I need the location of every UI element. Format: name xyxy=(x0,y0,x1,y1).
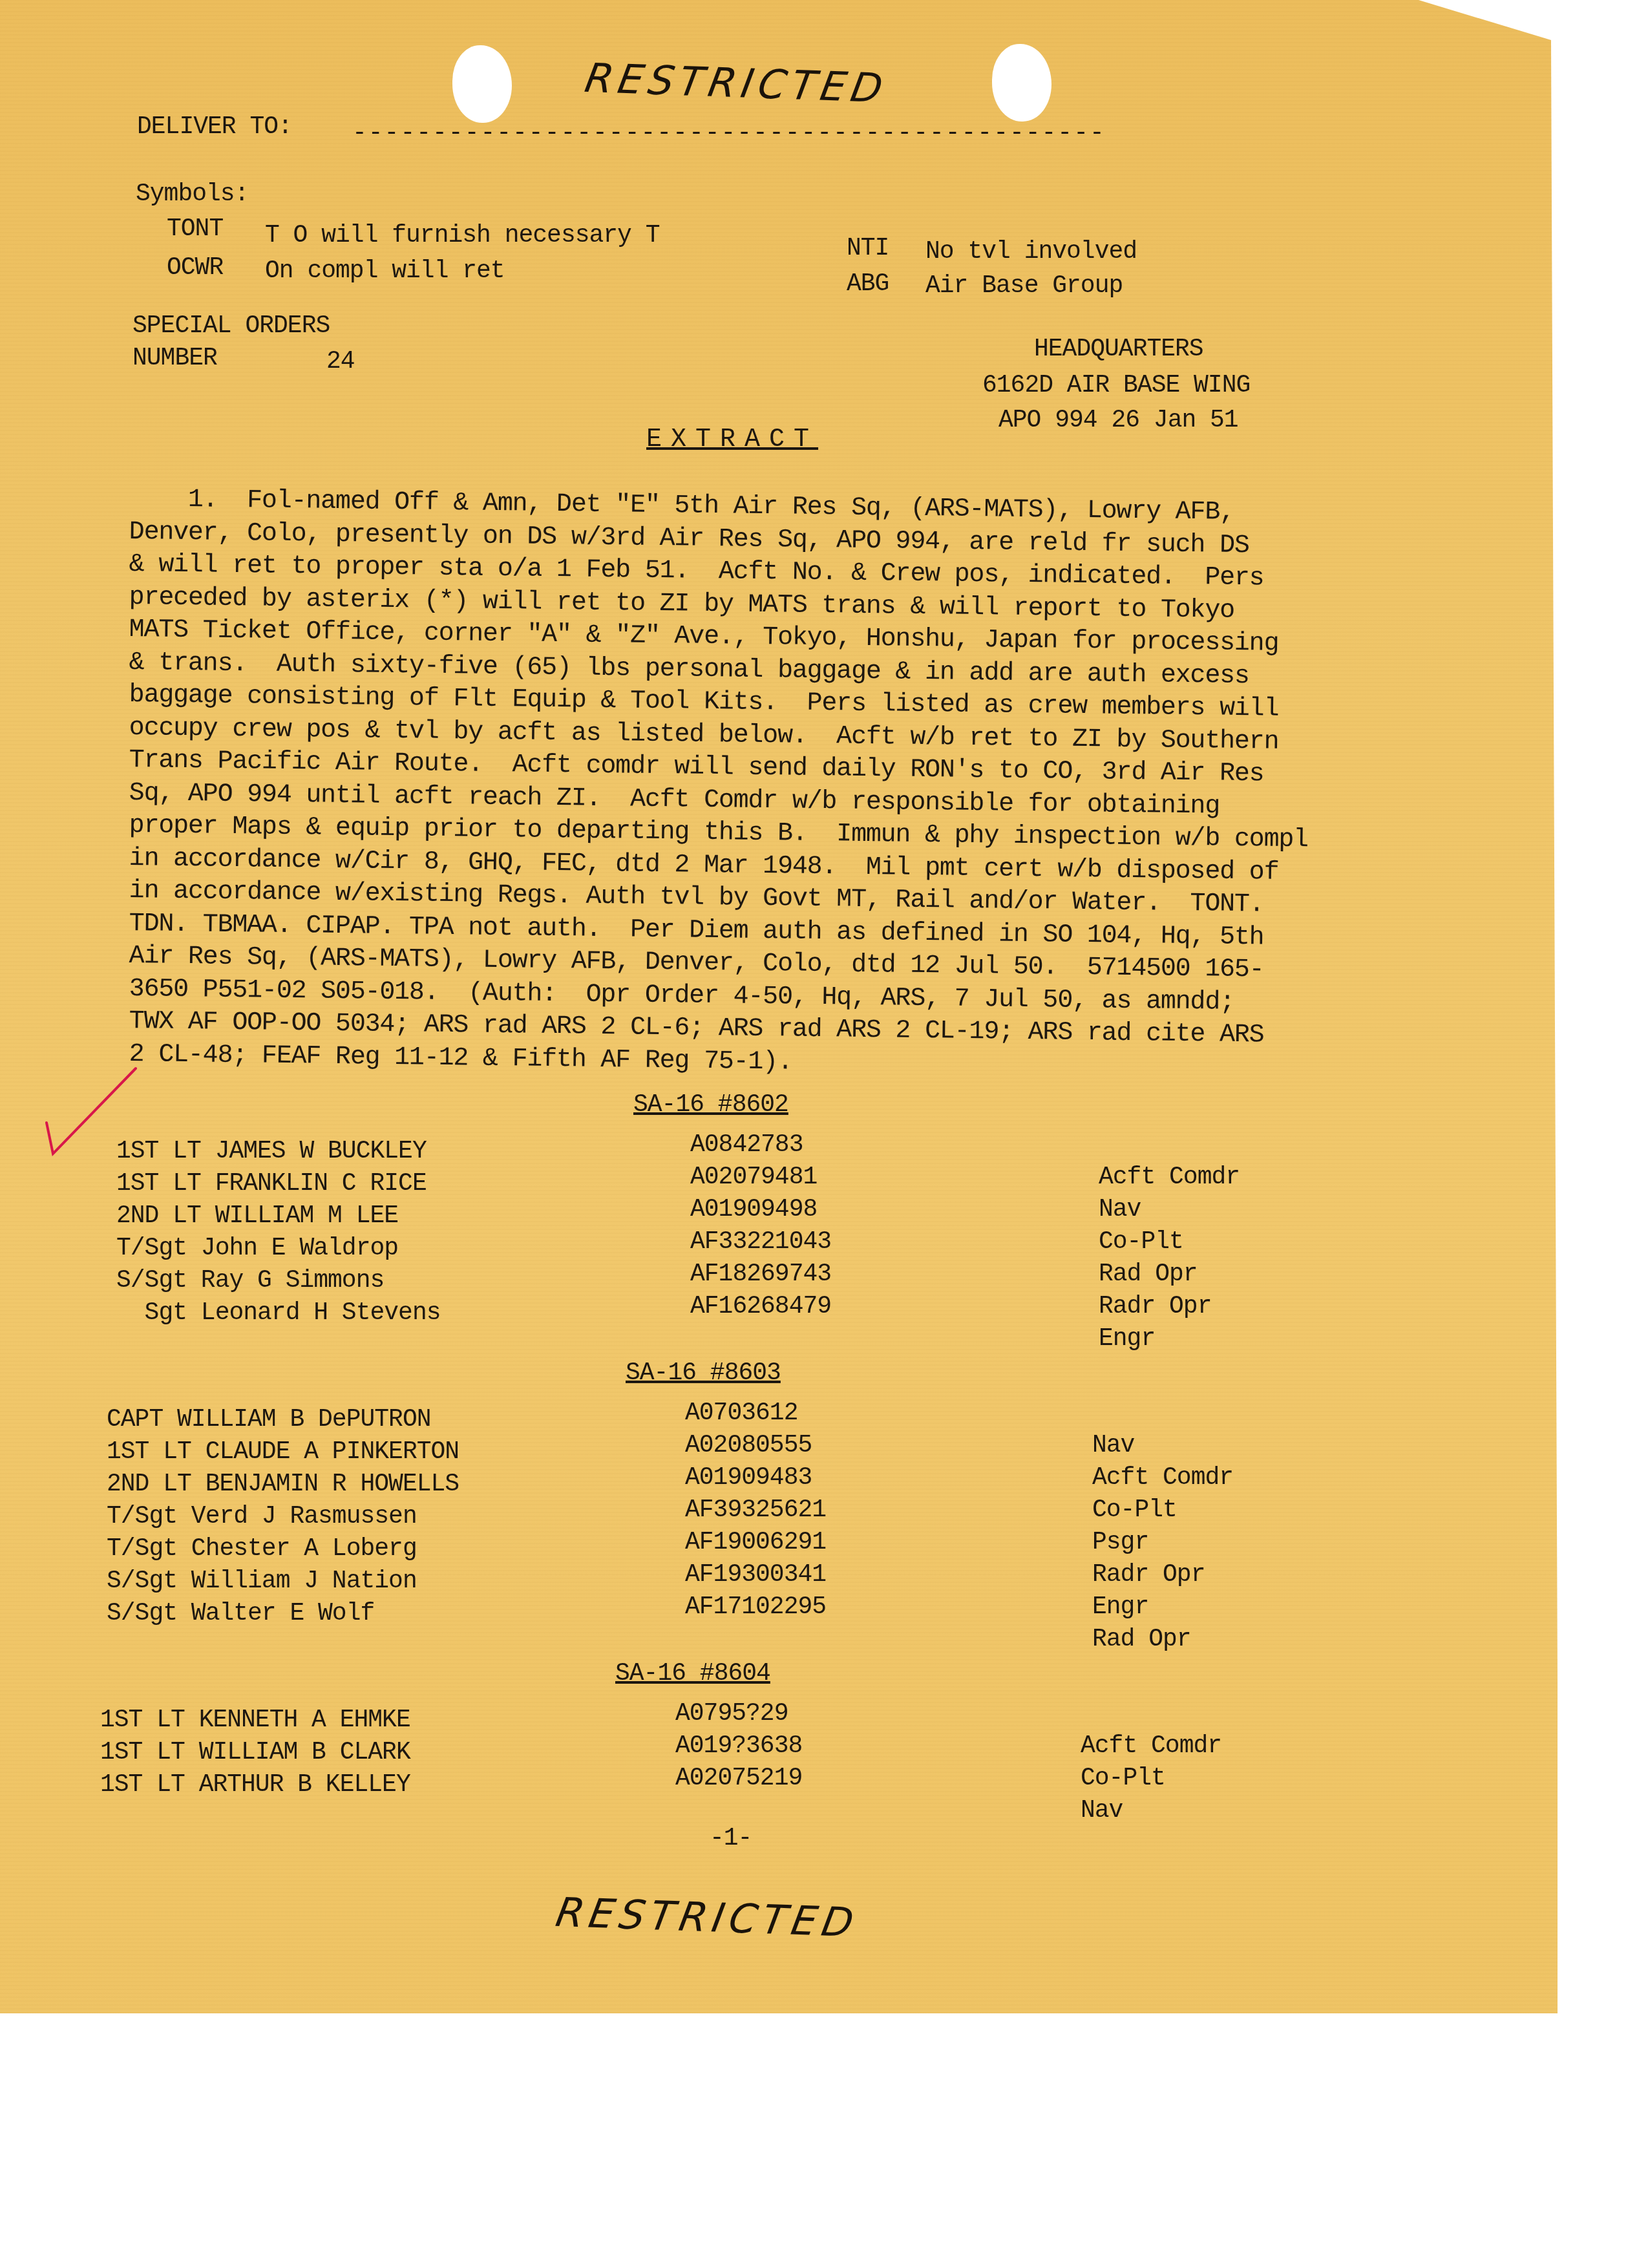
aircraft-label: SA-16 #8602 xyxy=(633,1089,788,1121)
crew-member-position: Co-Plt xyxy=(1099,1226,1183,1258)
symbol-code-abg: ABG xyxy=(847,268,889,301)
hq-line-1: HEADQUARTERS xyxy=(1034,334,1203,366)
crew-member-serial: AF39325621 xyxy=(685,1494,826,1527)
aircraft-label: SA-16 #8604 xyxy=(615,1658,770,1690)
crew-member-serial: AF19300341 xyxy=(685,1559,826,1591)
crew-member-name: T/Sgt John E Waldrop xyxy=(116,1233,398,1265)
crew-member-position: Radr Opr xyxy=(1092,1559,1205,1591)
crew-member-serial: A0842783 xyxy=(690,1129,803,1161)
symbol-meaning-abg: Air Base Group xyxy=(925,270,1123,302)
symbol-code-tont: TONT xyxy=(167,213,223,246)
crew-member-serial: AF16268479 xyxy=(690,1291,831,1323)
punch-hole-left xyxy=(452,45,512,123)
crew-member-position: Engr xyxy=(1092,1591,1148,1624)
symbol-meaning-tont: T O will furnish necessary T xyxy=(265,220,660,252)
crew-member-name: S/Sgt Walter E Wolf xyxy=(107,1598,374,1630)
deliver-to-line: ----------------------------------------… xyxy=(352,118,1106,150)
crew-member-position: Acft Comdr xyxy=(1099,1161,1240,1194)
crew-member-position: Acft Comdr xyxy=(1081,1730,1221,1763)
crew-member-serial: AF18269743 xyxy=(690,1258,831,1291)
symbol-meaning-ocwr: On compl will ret xyxy=(265,255,505,288)
crew-member-position: Engr xyxy=(1099,1323,1155,1355)
crew-member-name: 1ST LT WILLIAM B CLARK xyxy=(100,1737,410,1769)
crew-member-position: Rad Opr xyxy=(1092,1624,1191,1656)
crew-member-position: Co-Plt xyxy=(1081,1763,1165,1795)
crew-member-serial: A01909483 xyxy=(685,1462,812,1494)
punch-hole-right xyxy=(992,44,1051,122)
crew-member-position: Co-Plt xyxy=(1092,1494,1177,1527)
crew-member-name: Sgt Leonard H Stevens xyxy=(116,1297,441,1330)
crew-member-name: S/Sgt William J Nation xyxy=(107,1565,417,1598)
crew-member-serial: A02075219 xyxy=(675,1763,802,1795)
extract-title: EXTRACT xyxy=(646,424,818,456)
special-orders-number-label: NUMBER xyxy=(132,343,217,375)
page-number: -1- xyxy=(710,1823,752,1855)
symbol-meaning-nti: No tvl involved xyxy=(925,236,1137,268)
crew-member-name: 2ND LT BENJAMIN R HOWELLS xyxy=(107,1468,459,1501)
deliver-to-label: DELIVER TO: xyxy=(137,111,292,143)
crew-member-position: Rad Opr xyxy=(1099,1258,1198,1291)
crew-member-name: 2ND LT WILLIAM M LEE xyxy=(116,1200,398,1233)
symbols-heading: Symbols: xyxy=(136,178,248,211)
crew-member-name: T/Sgt Chester A Loberg xyxy=(107,1533,417,1565)
crew-member-position: Nav xyxy=(1081,1795,1123,1827)
crew-member-name: S/Sgt Ray G Simmons xyxy=(116,1265,384,1297)
crew-member-name: 1ST LT KENNETH A EHMKE xyxy=(100,1704,410,1737)
crew-member-name: 1ST LT JAMES W BUCKLEY xyxy=(116,1136,427,1168)
crew-member-serial: AF19006291 xyxy=(685,1527,826,1559)
symbol-code-ocwr: OCWR xyxy=(167,252,223,284)
crew-member-position: Psgr xyxy=(1092,1527,1148,1559)
crew-member-serial: A02079481 xyxy=(690,1161,817,1194)
crew-member-serial: A0795?29 xyxy=(675,1698,788,1730)
hq-line-3: APO 994 26 Jan 51 xyxy=(998,405,1238,437)
crew-member-serial: AF17102295 xyxy=(685,1591,826,1624)
crew-member-serial: A01909498 xyxy=(690,1194,817,1226)
special-orders-number: 24 xyxy=(326,346,355,378)
crew-member-name: T/Sgt Verd J Rasmussen xyxy=(107,1501,417,1533)
crew-member-name: 1ST LT FRANKLIN C RICE xyxy=(116,1168,427,1200)
crew-member-serial: A0703612 xyxy=(685,1397,798,1430)
crew-member-position: Acft Comdr xyxy=(1092,1462,1233,1494)
crew-member-position: Nav xyxy=(1099,1194,1141,1226)
crew-member-position: Radr Opr xyxy=(1099,1291,1211,1323)
crew-member-position: Nav xyxy=(1092,1430,1134,1462)
hq-line-2: 6162D AIR BASE WING xyxy=(982,370,1250,402)
crew-member-name: CAPT WILLIAM B DePUTRON xyxy=(107,1404,431,1436)
crew-member-name: 1ST LT CLAUDE A PINKERTON xyxy=(107,1436,459,1468)
aircraft-label: SA-16 #8603 xyxy=(626,1357,781,1390)
crew-member-serial: AF33221043 xyxy=(690,1226,831,1258)
crew-member-serial: A02080555 xyxy=(685,1430,812,1462)
symbol-code-nti: NTI xyxy=(847,233,889,265)
crew-member-name: 1ST LT ARTHUR B KELLEY xyxy=(100,1769,410,1801)
special-orders-label: SPECIAL ORDERS xyxy=(132,310,330,343)
crew-member-serial: A019?3638 xyxy=(675,1730,802,1763)
